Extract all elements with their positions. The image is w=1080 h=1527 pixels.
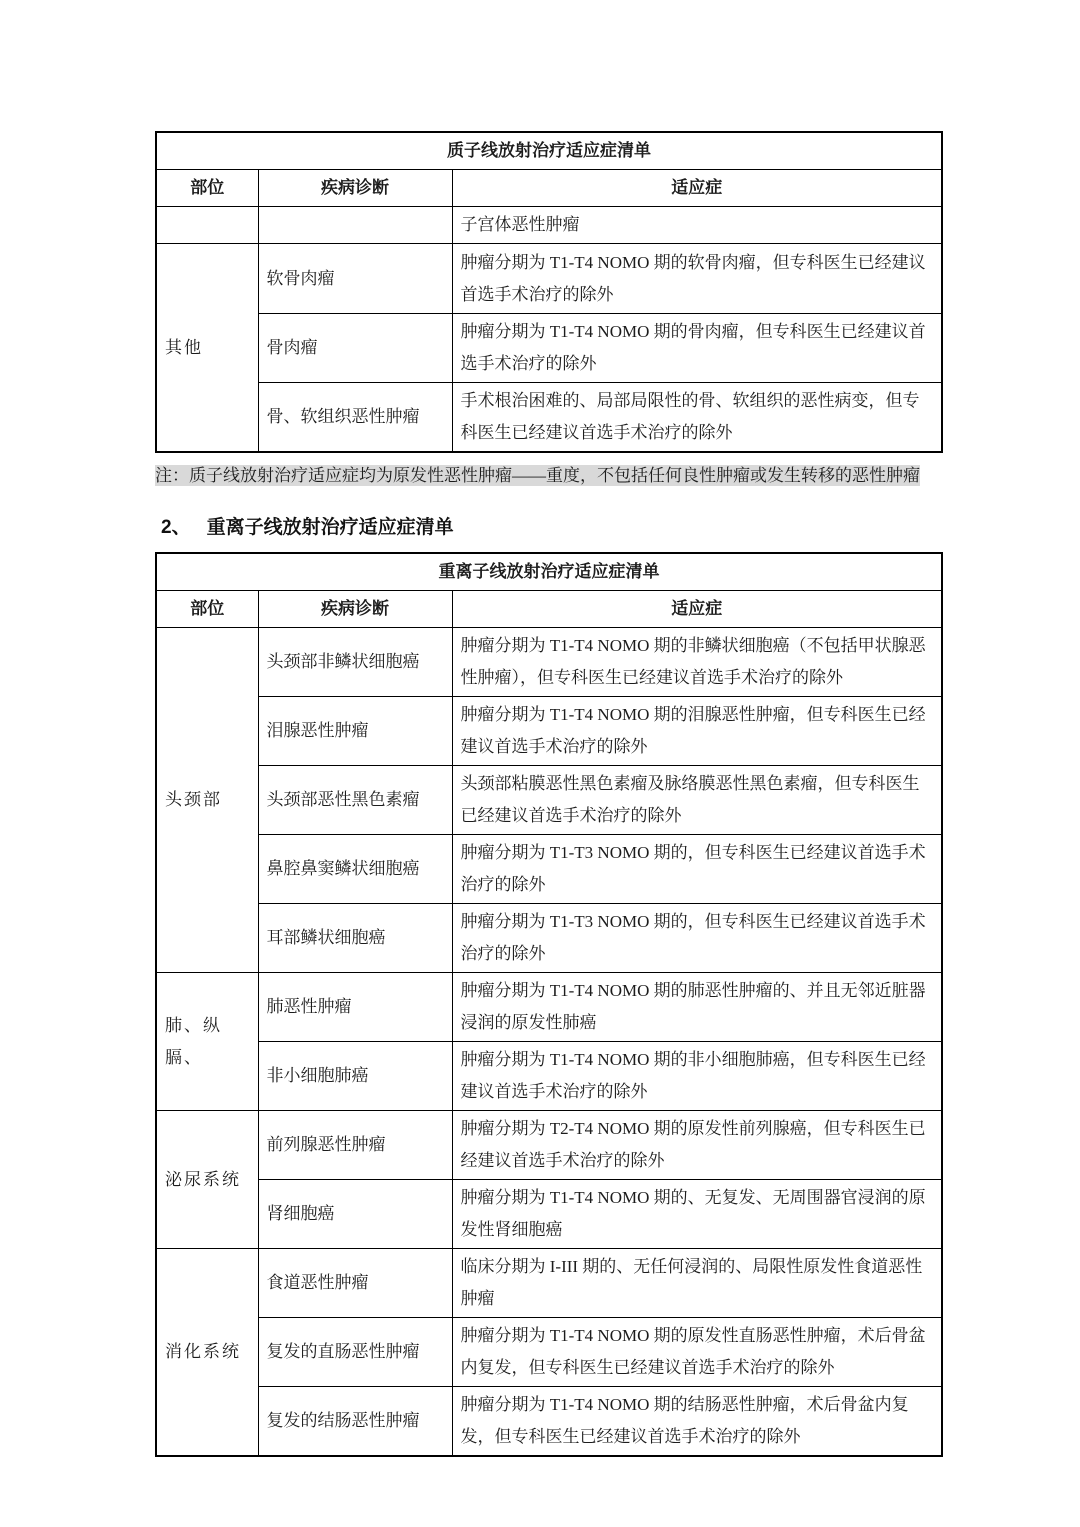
diagnosis-cell: 泪腺恶性肿瘤 xyxy=(258,697,452,766)
table-header-row: 部位 疾病诊断 适应症 xyxy=(156,591,942,628)
proton-table-note: 注：质子线放射治疗适应症均为原发性恶性肿瘤——重度，不包括任何良性肿瘤或发生转移… xyxy=(155,460,941,491)
site-cell-lung-mediastinum: 肺、纵膈、 xyxy=(156,973,258,1111)
table-row: 肺、纵膈、 肺恶性肿瘤 肿瘤分期为 T1-T4 NOMO 期的肺恶性肿瘤的、并且… xyxy=(156,973,942,1042)
indication-cell: 临床分期为 I-III 期的、无任何浸润的、局限性原发性食道恶性肿瘤 xyxy=(452,1249,942,1318)
heavy-ion-indications-table: 重离子线放射治疗适应症清单 部位 疾病诊断 适应症 头颈部 头颈部非鳞状细胞癌 … xyxy=(155,552,943,1457)
table-row: 泪腺恶性肿瘤 肿瘤分期为 T1-T4 NOMO 期的泪腺恶性肿瘤，但专科医生已经… xyxy=(156,697,942,766)
diagnosis-cell: 前列腺恶性肿瘤 xyxy=(258,1111,452,1180)
table-row: 复发的直肠恶性肿瘤 肿瘤分期为 T1-T4 NOMO 期的原发性直肠恶性肿瘤，术… xyxy=(156,1318,942,1387)
diagnosis-cell: 头颈部恶性黑色素瘤 xyxy=(258,766,452,835)
table-row: 复发的结肠恶性肿瘤 肿瘤分期为 T1-T4 NOMO 期的结肠恶性肿瘤，术后骨盆… xyxy=(156,1387,942,1457)
site-cell-head-neck: 头颈部 xyxy=(156,628,258,973)
column-header-diagnosis: 疾病诊断 xyxy=(258,170,452,207)
diagnosis-cell: 骨、软组织恶性肿瘤 xyxy=(258,383,452,453)
table-title-row: 重离子线放射治疗适应症清单 xyxy=(156,553,942,591)
diagnosis-cell: 肾细胞癌 xyxy=(258,1180,452,1249)
diagnosis-cell: 鼻腔鼻窦鳞状细胞癌 xyxy=(258,835,452,904)
table-row: 子宫体恶性肿瘤 xyxy=(156,207,942,244)
heavy-ion-table-title: 重离子线放射治疗适应症清单 xyxy=(156,553,942,591)
table-row: 肾细胞癌 肿瘤分期为 T1-T4 NOMO 期的、无复发、无周围器官浸润的原发性… xyxy=(156,1180,942,1249)
table-row: 其他 软骨肉瘤 肿瘤分期为 T1-T4 NOMO 期的软骨肉瘤，但专科医生已经建… xyxy=(156,244,942,314)
page-content: 质子线放射治疗适应症清单 部位 疾病诊断 适应症 子宫体恶性肿瘤 其他 软骨肉瘤… xyxy=(155,131,941,1457)
note-highlighted-text: 注：质子线放射治疗适应症均为原发性恶性肿瘤——重度，不包括任何良性肿瘤或发生转移… xyxy=(155,465,920,486)
diagnosis-cell: 耳部鳞状细胞癌 xyxy=(258,904,452,973)
table-row: 头颈部恶性黑色素瘤 头颈部粘膜恶性黑色素瘤及脉络膜恶性黑色素瘤，但专科医生已经建… xyxy=(156,766,942,835)
indication-cell: 肿瘤分期为 T1-T4 NOMO 期的骨肉瘤，但专科医生已经建议首选手术治疗的除… xyxy=(452,314,942,383)
diagnosis-cell: 非小细胞肺癌 xyxy=(258,1042,452,1111)
indication-cell: 子宫体恶性肿瘤 xyxy=(452,207,942,244)
table-row: 非小细胞肺癌 肿瘤分期为 T1-T4 NOMO 期的非小细胞肺癌，但专科医生已经… xyxy=(156,1042,942,1111)
diagnosis-cell: 软骨肉瘤 xyxy=(258,244,452,314)
indication-cell: 肿瘤分期为 T2-T4 NOMO 期的原发性前列腺癌，但专科医生已经建议首选手术… xyxy=(452,1111,942,1180)
section-2-number: 2、 xyxy=(161,517,191,538)
indication-cell: 肿瘤分期为 T1-T3 NOMO 期的，但专科医生已经建议首选手术治疗的除外 xyxy=(452,835,942,904)
proton-table-title: 质子线放射治疗适应症清单 xyxy=(156,132,942,170)
column-header-indication: 适应症 xyxy=(452,170,942,207)
indication-cell: 肿瘤分期为 T1-T3 NOMO 期的，但专科医生已经建议首选手术治疗的除外 xyxy=(452,904,942,973)
column-header-site: 部位 xyxy=(156,170,258,207)
proton-indications-table: 质子线放射治疗适应症清单 部位 疾病诊断 适应症 子宫体恶性肿瘤 其他 软骨肉瘤… xyxy=(155,131,943,453)
section-2-heading: 2、重离子线放射治疗适应症清单 xyxy=(161,512,941,539)
indication-cell: 肿瘤分期为 T1-T4 NOMO 期的原发性直肠恶性肿瘤，术后骨盆内复发，但专科… xyxy=(452,1318,942,1387)
indication-cell: 肿瘤分期为 T1-T4 NOMO 期的软骨肉瘤，但专科医生已经建议首选手术治疗的… xyxy=(452,244,942,314)
diagnosis-cell: 复发的直肠恶性肿瘤 xyxy=(258,1318,452,1387)
diagnosis-cell: 头颈部非鳞状细胞癌 xyxy=(258,628,452,697)
column-header-indication: 适应症 xyxy=(452,591,942,628)
table-row: 消化系统 食道恶性肿瘤 临床分期为 I-III 期的、无任何浸润的、局限性原发性… xyxy=(156,1249,942,1318)
site-cell-empty xyxy=(156,207,258,244)
diagnosis-cell-empty xyxy=(258,207,452,244)
column-header-site: 部位 xyxy=(156,591,258,628)
indication-cell: 手术根治困难的、局部局限性的骨、软组织的恶性病变，但专科医生已经建议首选手术治疗… xyxy=(452,383,942,453)
table-row: 泌尿系统 前列腺恶性肿瘤 肿瘤分期为 T2-T4 NOMO 期的原发性前列腺癌，… xyxy=(156,1111,942,1180)
indication-cell: 肿瘤分期为 T1-T4 NOMO 期的肺恶性肿瘤的、并且无邻近脏器浸润的原发性肺… xyxy=(452,973,942,1042)
indication-cell: 肿瘤分期为 T1-T4 NOMO 期的泪腺恶性肿瘤，但专科医生已经建议首选手术治… xyxy=(452,697,942,766)
column-header-diagnosis: 疾病诊断 xyxy=(258,591,452,628)
site-cell-digestive: 消化系统 xyxy=(156,1249,258,1457)
diagnosis-cell: 食道恶性肿瘤 xyxy=(258,1249,452,1318)
table-row: 耳部鳞状细胞癌 肿瘤分期为 T1-T3 NOMO 期的，但专科医生已经建议首选手… xyxy=(156,904,942,973)
site-cell-urinary: 泌尿系统 xyxy=(156,1111,258,1249)
section-2-title: 重离子线放射治疗适应症清单 xyxy=(207,517,454,538)
indication-cell: 肿瘤分期为 T1-T4 NOMO 期的非小细胞肺癌，但专科医生已经建议首选手术治… xyxy=(452,1042,942,1111)
indication-cell: 肿瘤分期为 T1-T4 NOMO 期的、无复发、无周围器官浸润的原发性肾细胞癌 xyxy=(452,1180,942,1249)
diagnosis-cell: 骨肉瘤 xyxy=(258,314,452,383)
indication-cell: 肿瘤分期为 T1-T4 NOMO 期的非鳞状细胞癌（不包括甲状腺恶性肿瘤），但专… xyxy=(452,628,942,697)
site-cell: 其他 xyxy=(156,244,258,453)
diagnosis-cell: 肺恶性肿瘤 xyxy=(258,973,452,1042)
table-title-row: 质子线放射治疗适应症清单 xyxy=(156,132,942,170)
indication-cell: 肿瘤分期为 T1-T4 NOMO 期的结肠恶性肿瘤，术后骨盆内复发，但专科医生已… xyxy=(452,1387,942,1457)
indication-cell: 头颈部粘膜恶性黑色素瘤及脉络膜恶性黑色素瘤，但专科医生已经建议首选手术治疗的除外 xyxy=(452,766,942,835)
diagnosis-cell: 复发的结肠恶性肿瘤 xyxy=(258,1387,452,1457)
table-row: 头颈部 头颈部非鳞状细胞癌 肿瘤分期为 T1-T4 NOMO 期的非鳞状细胞癌（… xyxy=(156,628,942,697)
table-row: 鼻腔鼻窦鳞状细胞癌 肿瘤分期为 T1-T3 NOMO 期的，但专科医生已经建议首… xyxy=(156,835,942,904)
table-row: 骨、软组织恶性肿瘤 手术根治困难的、局部局限性的骨、软组织的恶性病变，但专科医生… xyxy=(156,383,942,453)
document-page: { "colors": { "page_background": "#fffff… xyxy=(0,0,1080,1527)
table-header-row: 部位 疾病诊断 适应症 xyxy=(156,170,942,207)
table-row: 骨肉瘤 肿瘤分期为 T1-T4 NOMO 期的骨肉瘤，但专科医生已经建议首选手术… xyxy=(156,314,942,383)
